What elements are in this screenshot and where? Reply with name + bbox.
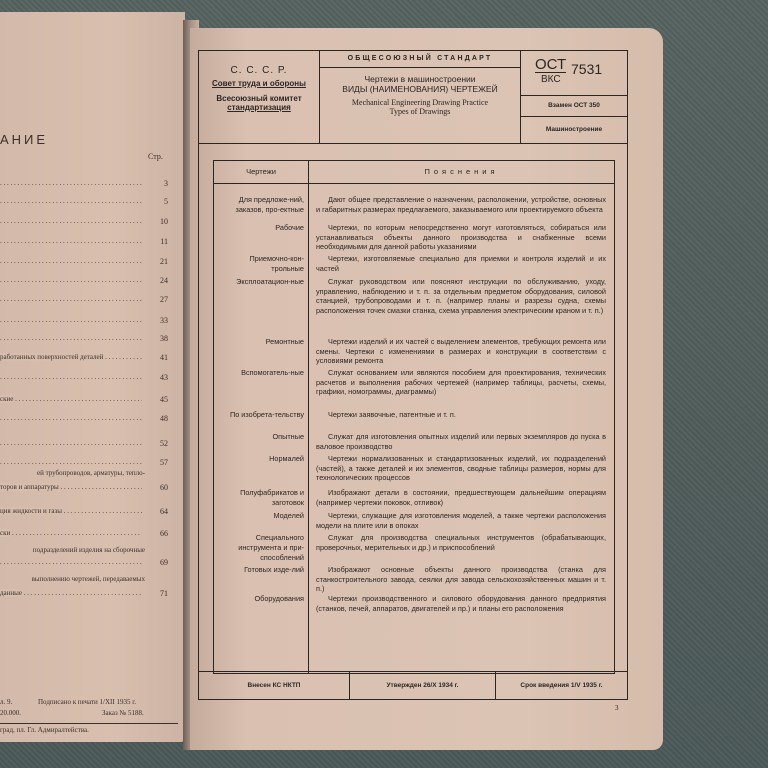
toc-leader (0, 558, 142, 566)
toc-entry: торов и аппаратуры60 (0, 483, 180, 495)
drawing-type: Оборудования (218, 594, 304, 604)
toc-entry: данные71 (0, 589, 180, 601)
ost-sub: ВКС (541, 74, 561, 85)
toc-wrapped-line: выполнению чертежей, передаваемых (0, 575, 145, 583)
imprint-line1-left: л. 9. (0, 698, 12, 706)
drawing-type: Рабочие (218, 223, 304, 233)
drawing-explanation: Чертежи изделий и их частей с выделением… (316, 337, 606, 366)
drawing-type: Полуфабрикатов и заготовок (218, 488, 304, 508)
standard-header: С. С. С. Р. Совет труда и обороны Всесою… (199, 51, 627, 144)
toc-leader (0, 276, 142, 284)
toc-leader (0, 197, 142, 205)
toc-leader (0, 237, 142, 245)
drawing-type: Приемочно-кон-трольные (218, 254, 304, 274)
header-rule (214, 183, 614, 184)
drawing-explanation: Служат для производства специальных инст… (316, 533, 606, 552)
toc-leader (0, 373, 142, 381)
toc-leader (0, 257, 142, 265)
toc-leader (0, 179, 142, 187)
toc-leader (0, 439, 142, 447)
toc-wrapped-line: ей трубопроводов, арматуры, тепло- (0, 469, 145, 477)
effective-date: Срок введения 1/V 1935 г. (496, 672, 627, 700)
toc-page-number: 38 (160, 334, 168, 343)
col-header-explanations: Пояснения (309, 161, 614, 183)
drawing-type: Опытные (218, 432, 304, 442)
toc-entry-text: ция жидкости и газы (0, 507, 62, 515)
imprint-line1-right: Подписано к печати 1/XII 1935 г. (38, 698, 136, 706)
toc-page-number: 5 (164, 197, 168, 206)
standard-frame: С. С. С. Р. Совет труда и обороны Всесою… (198, 50, 628, 700)
title-en-line1: Mechanical Engineering Drawing Practice (320, 98, 520, 107)
toc-entry: ски66 (0, 529, 180, 541)
committee-line1: Всесоюзный комитет (199, 94, 319, 103)
drawing-explanation: Чертежи производственного и силового обо… (316, 594, 606, 613)
imprint-line2-right: Заказ № 5188. (102, 709, 144, 717)
drawing-type: Эксплоатацион-ные (218, 277, 304, 287)
drawing-explanation: Изображают детали в состоянии, предшеств… (316, 488, 606, 507)
toc-page-number: 10 (160, 217, 168, 226)
ost-number: 7531 (571, 61, 602, 77)
toc-entry: 43 (0, 373, 180, 385)
drawing-type: Ремонтные (218, 337, 304, 347)
toc-page-number: 33 (160, 316, 168, 325)
toc-leader: ские (0, 395, 142, 403)
toc-entry: 10 (0, 217, 180, 229)
toc-leader (0, 295, 142, 303)
drawing-type: По изобрета-тельству (218, 410, 304, 420)
toc-entry: 21 (0, 257, 180, 269)
country: С. С. С. Р. (199, 65, 319, 76)
toc-page-number: 57 (160, 458, 168, 467)
toc-page-number: 41 (160, 353, 168, 362)
ost-block: ОСТ 7531 ВКС Взамен ОСТ 350 Машиностроен… (521, 51, 627, 143)
toc-entry: 52 (0, 439, 180, 451)
drawing-explanation: Служат для изготовления опытных изделий … (316, 432, 606, 451)
toc-entry: работанных поверхностей деталей41 (0, 353, 180, 365)
right-page: С. С. С. Р. Совет труда и обороны Всесою… (190, 28, 663, 750)
toc-page-number: 60 (160, 483, 168, 492)
left-page: АНИЕ Стр. 3510112124273338работанных пов… (0, 12, 185, 742)
toc-entry-text: ски (0, 529, 10, 537)
toc-entry: 38 (0, 334, 180, 346)
drawing-type: Вспомогатель-ные (218, 368, 304, 378)
drawing-explanation: Чертежи нормализованных и стандартизован… (316, 454, 606, 483)
toc-page-number: 48 (160, 414, 168, 423)
toc-entry: 33 (0, 316, 180, 328)
ost-id: ОСТ 7531 ВКС (521, 51, 627, 96)
issuer-block: С. С. С. Р. Совет труда и обороны Всесою… (199, 51, 320, 143)
toc-leader: ски (0, 529, 142, 537)
drawing-explanation: Чертежи заявочные, патентные и т. п. (316, 410, 606, 420)
toc-leader (0, 334, 142, 342)
title-en-line2: Types of Drawings (320, 107, 520, 116)
drawing-explanation: Служат руководством или поясняют инструк… (316, 277, 606, 315)
toc-entry: 5 (0, 197, 180, 209)
toc-leader (0, 316, 142, 324)
toc-page-number: 45 (160, 395, 168, 404)
standard-footer: Внесен КС НКТП Утвержден 26/X 1934 г. Ср… (199, 671, 627, 700)
council: Совет труда и обороны (199, 79, 319, 88)
toc-entry-text: данные (0, 589, 22, 597)
toc-entry: 48 (0, 414, 180, 426)
toc-page-header: Стр. (148, 152, 163, 161)
drawing-explanation: Чертежи, служащие для изготовления модел… (316, 511, 606, 530)
toc-page-number: 43 (160, 373, 168, 382)
title-ru-line2: ВИДЫ (НАИМЕНОВАНИЯ) ЧЕРТЕЖЕЙ (320, 84, 520, 94)
drawing-explanation: Служат основанием или являются пособием … (316, 368, 606, 397)
toc-leader (0, 458, 142, 466)
page-number: 3 (615, 704, 619, 712)
toc-entry-text: торов и аппаратуры (0, 483, 59, 491)
toc-wrapped-line: подразделений изделия на сборочные (0, 546, 145, 554)
toc-leader: торов и аппаратуры (0, 483, 142, 491)
banner: ОБЩЕСОЮЗНЫЙ СТАНДАРТ (320, 51, 520, 68)
col-header-drawings: Чертежи (214, 161, 308, 183)
title-ru-line1: Чертежи в машиностроении (320, 74, 520, 84)
toc-page-number: 66 (160, 529, 168, 538)
toc-page-number: 21 (160, 257, 168, 266)
drawing-type: Моделей (218, 511, 304, 521)
column-divider (308, 161, 309, 673)
drawing-explanation: Чертежи, изготовляемые специально для пр… (316, 254, 606, 273)
drawing-type: Для предложе-ний, заказов, про-ектные (218, 195, 304, 215)
toc-entry: 69 (0, 558, 180, 570)
drawing-type: Специального инструмента и при-способлен… (218, 533, 304, 563)
toc-leader: работанных поверхностей деталей (0, 353, 142, 361)
drawing-type: Нормалей (218, 454, 304, 464)
imprint-rule (0, 723, 178, 724)
toc-page-number: 71 (160, 589, 168, 598)
drawing-explanation: Изображают основные объекты данного прои… (316, 565, 606, 594)
drawing-explanation: Дают общее представление о назначении, р… (316, 195, 606, 214)
toc-page-number: 52 (160, 439, 168, 448)
toc-entry-text: ские (0, 395, 13, 403)
committee-line2: стандартизация (199, 103, 319, 112)
toc-leader: данные (0, 589, 142, 597)
toc-leader (0, 217, 142, 225)
toc-page-number: 3 (164, 179, 168, 188)
approved-date: Утвержден 26/X 1934 г. (350, 672, 496, 700)
toc-page-number: 24 (160, 276, 168, 285)
submitted-by: Внесен КС НКТП (199, 672, 350, 700)
toc-leader (0, 414, 142, 422)
imprint-line3: град, пл. Гл. Адмиралтейства. (0, 726, 89, 734)
toc-entry: ция жидкости и газы64 (0, 507, 180, 519)
replaces: Взамен ОСТ 350 (521, 96, 627, 117)
toc-entry: 3 (0, 179, 180, 191)
branch: Машиностроение (521, 117, 627, 143)
toc-page-number: 64 (160, 507, 168, 516)
imprint-line2-left: 20.000. (0, 709, 21, 717)
toc-entry: 24 (0, 276, 180, 288)
toc-page-number: 69 (160, 558, 168, 567)
toc-entry: 11 (0, 237, 180, 249)
drawing-types-table: Чертежи Пояснения Для предложе-ний, зака… (213, 160, 615, 674)
drawing-type: Готовых изде-лий (218, 565, 304, 575)
toc-title: АНИЕ (0, 132, 48, 147)
ost-label: ОСТ (535, 57, 566, 73)
toc-leader: ция жидкости и газы (0, 507, 142, 515)
drawing-explanation: Чертежи, по которым непосредственно могу… (316, 223, 606, 252)
toc-page-number: 27 (160, 295, 168, 304)
toc-entry: 27 (0, 295, 180, 307)
toc-entry: ские45 (0, 395, 180, 407)
title-block: ОБЩЕСОЮЗНЫЙ СТАНДАРТ Чертежи в машиностр… (320, 51, 521, 143)
toc-entry-text: работанных поверхностей деталей (0, 353, 103, 361)
toc-page-number: 11 (160, 237, 168, 246)
